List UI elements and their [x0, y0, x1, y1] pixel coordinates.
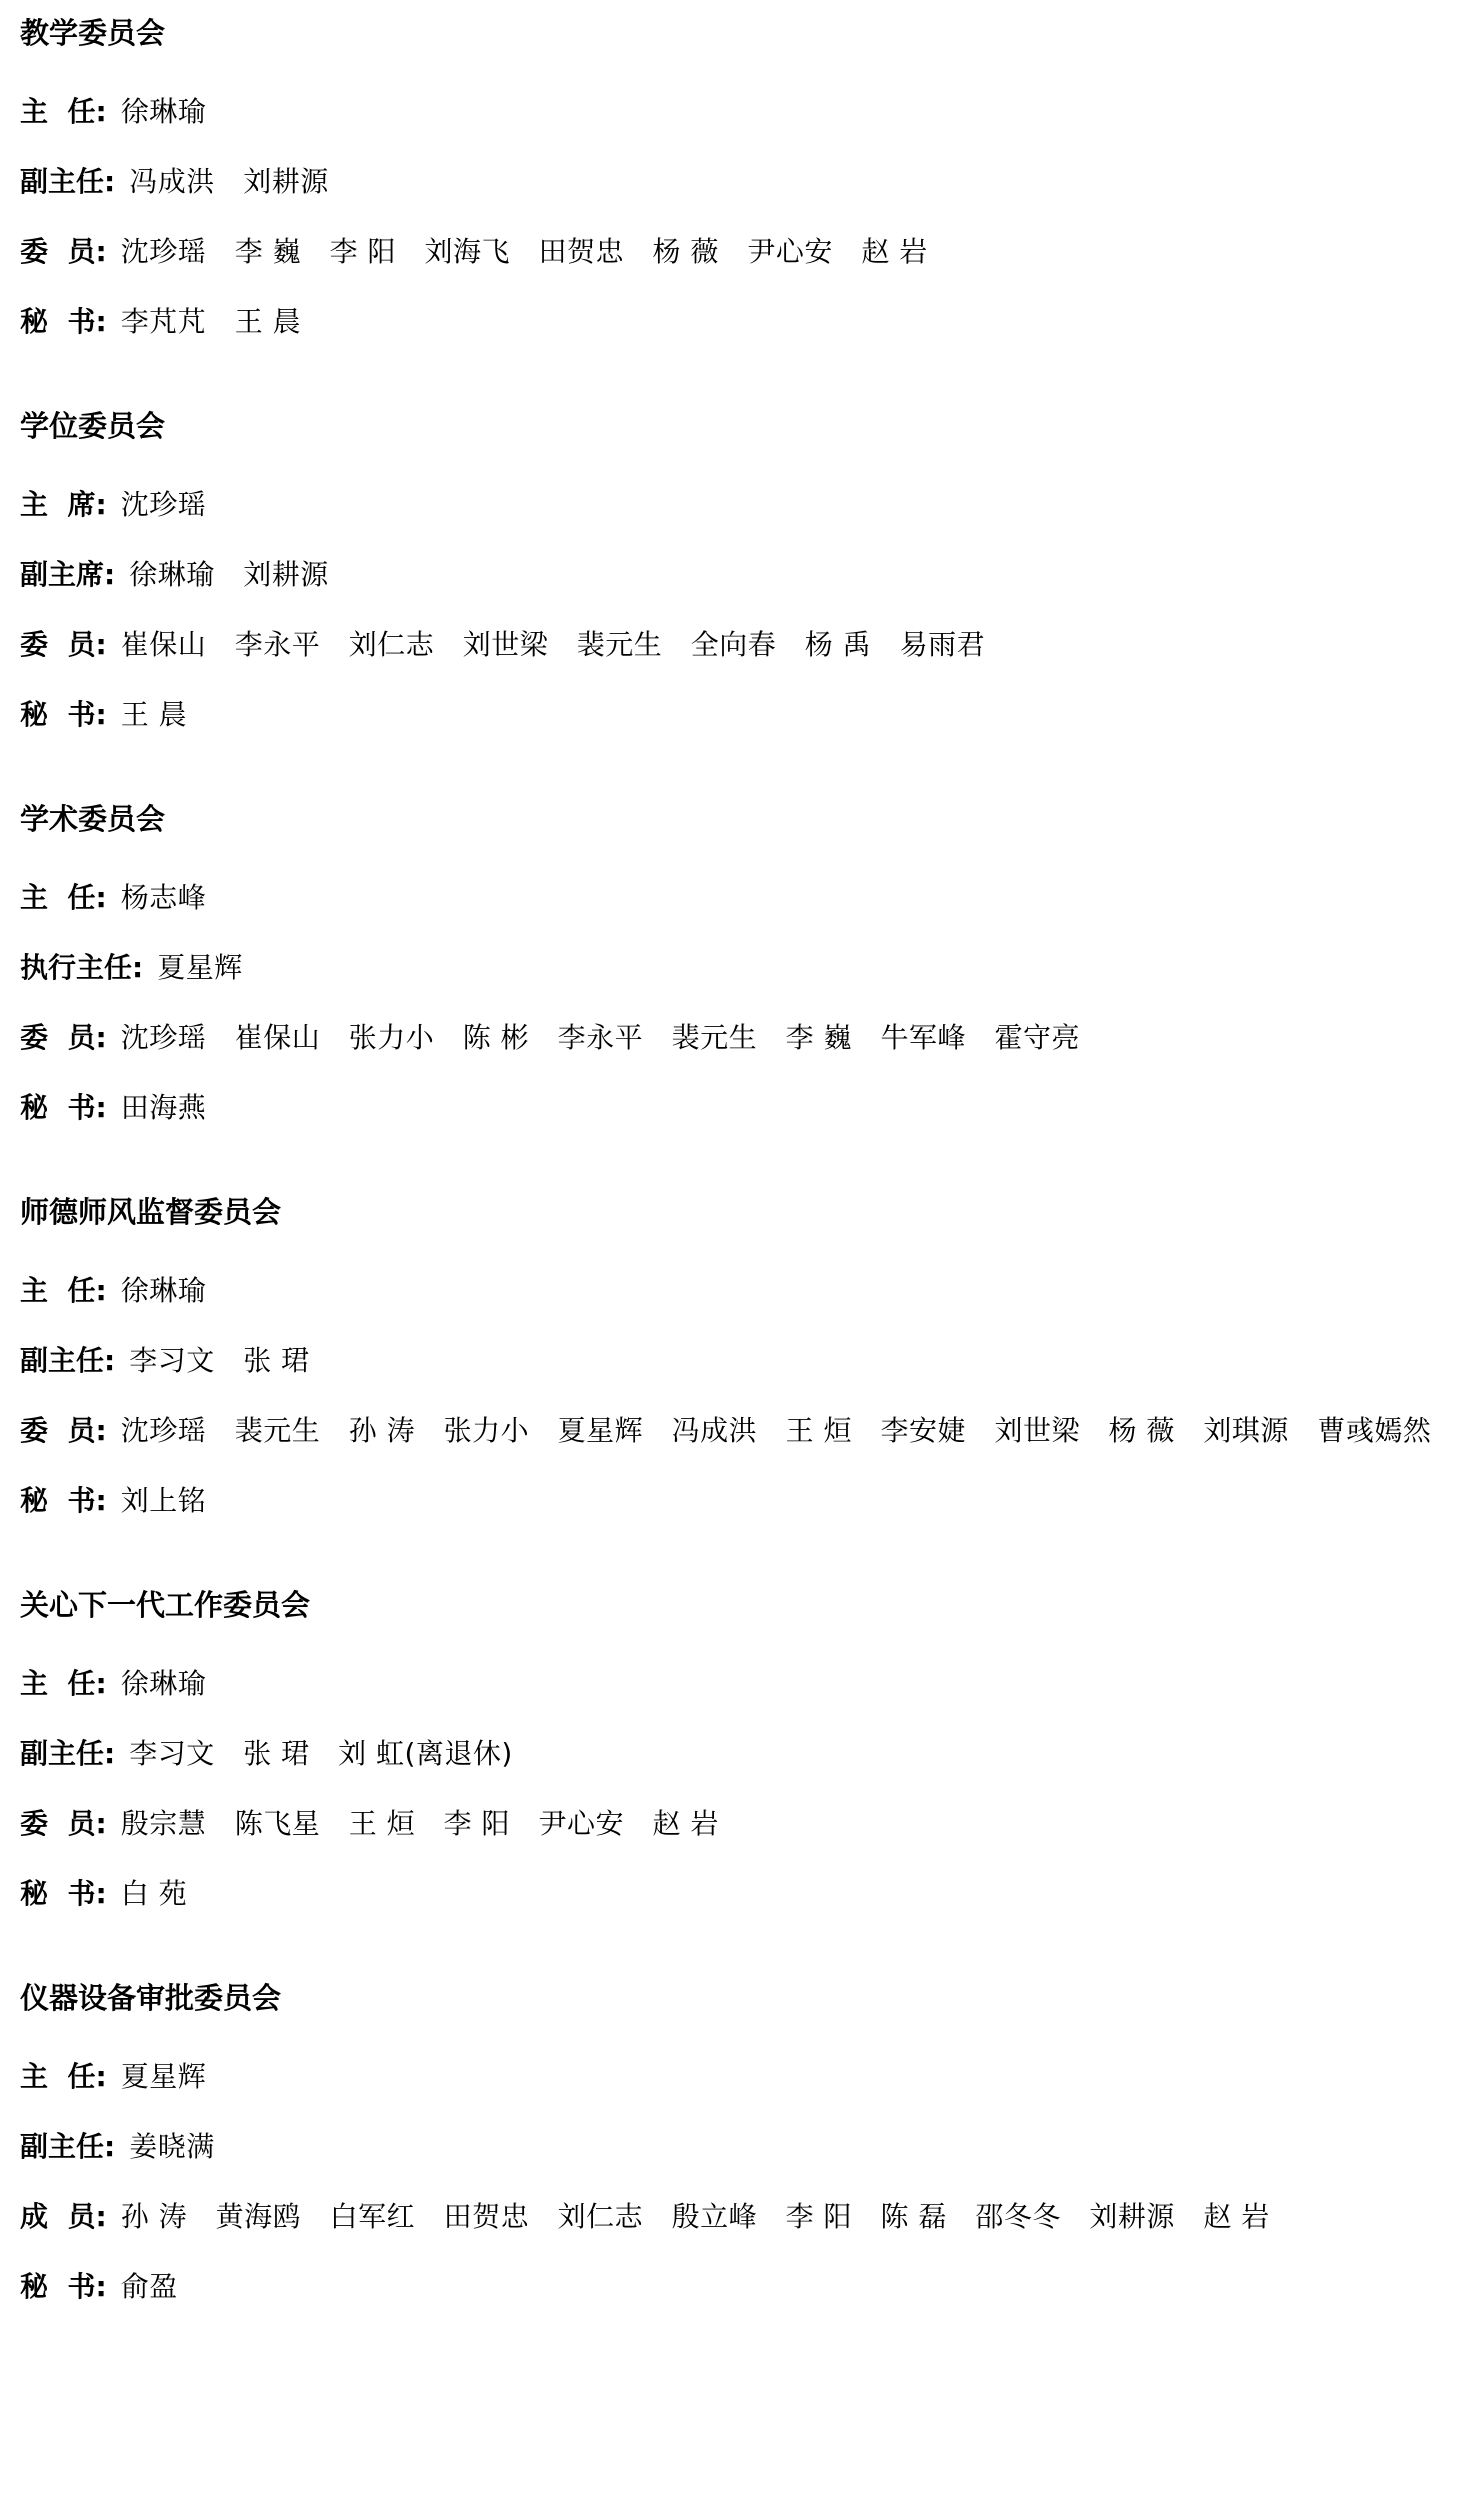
committee-title: 学术委员会	[20, 802, 1443, 836]
member-row: 副主任:姜晓满	[20, 2130, 1443, 2164]
row-label: 秘 书:	[20, 1877, 107, 1910]
row-label: 副主任:	[20, 1344, 115, 1377]
member-row: 副主任:李习文 张 珺 刘 虹(离退休)	[20, 1737, 1443, 1771]
member-row: 主 任:徐琳瑜	[20, 1274, 1443, 1308]
row-label: 主 任:	[20, 95, 107, 128]
row-label: 执行主任:	[20, 951, 143, 984]
row-label: 主 任:	[20, 1274, 107, 1307]
row-label: 秘 书:	[20, 305, 107, 338]
row-names: 白 苑	[121, 1877, 187, 1910]
committee-section: 学术委员会主 任:杨志峰执行主任:夏星辉委 员:沈珍瑶 崔保山 张力小 陈 彬 …	[20, 802, 1443, 1125]
row-names: 杨志峰	[121, 881, 207, 914]
row-label: 副主任:	[20, 165, 115, 198]
row-names: 王 晨	[121, 698, 187, 731]
row-names: 沈珍瑶	[121, 488, 207, 521]
member-row: 主 任:杨志峰	[20, 881, 1443, 915]
row-names: 徐琳瑜	[121, 1667, 207, 1700]
member-row: 委 员:殷宗慧 陈飞星 王 烜 李 阳 尹心安 赵 岩	[20, 1807, 1443, 1841]
row-label: 秘 书:	[20, 1091, 107, 1124]
row-names: 田海燕	[121, 1091, 207, 1124]
row-label: 委 员:	[20, 628, 107, 661]
row-names: 徐琳瑜	[121, 1274, 207, 1307]
row-names: 沈珍瑶 裴元生 孙 涛 张力小 夏星辉 冯成洪 王 烜 李安婕 刘世梁 杨 薇 …	[121, 1414, 1432, 1447]
row-names: 徐琳瑜 刘耕源	[129, 558, 329, 591]
committee-title: 师德师风监督委员会	[20, 1195, 1443, 1229]
row-names: 姜晓满	[129, 2130, 215, 2163]
committee-title: 关心下一代工作委员会	[20, 1588, 1443, 1622]
row-names: 徐琳瑜	[121, 95, 207, 128]
member-row: 副主任:冯成洪 刘耕源	[20, 165, 1443, 199]
committee-section: 教学委员会主 任:徐琳瑜副主任:冯成洪 刘耕源委 员:沈珍瑶 李 巍 李 阳 刘…	[20, 16, 1443, 339]
row-label: 主 任:	[20, 881, 107, 914]
row-label: 主 席:	[20, 488, 107, 521]
member-row: 秘 书:李芃芃 王 晨	[20, 305, 1443, 339]
committee-section: 师德师风监督委员会主 任:徐琳瑜副主任:李习文 张 珺委 员:沈珍瑶 裴元生 孙…	[20, 1195, 1443, 1518]
row-names: 夏星辉	[121, 2060, 207, 2093]
row-label: 委 员:	[20, 1807, 107, 1840]
row-names: 沈珍瑶 李 巍 李 阳 刘海飞 田贺忠 杨 薇 尹心安 赵 岩	[121, 235, 928, 268]
row-names: 崔保山 李永平 刘仁志 刘世梁 裴元生 全向春 杨 禹 易雨君	[121, 628, 985, 661]
member-row: 秘 书:田海燕	[20, 1091, 1443, 1125]
committee-title: 学位委员会	[20, 409, 1443, 443]
row-label: 主 任:	[20, 2060, 107, 2093]
row-label: 秘 书:	[20, 698, 107, 731]
member-row: 秘 书:俞盈	[20, 2270, 1443, 2304]
row-label: 委 员:	[20, 1021, 107, 1054]
member-row: 委 员:沈珍瑶 李 巍 李 阳 刘海飞 田贺忠 杨 薇 尹心安 赵 岩	[20, 235, 1443, 269]
row-label: 主 任:	[20, 1667, 107, 1700]
committee-document-page: 教学委员会主 任:徐琳瑜副主任:冯成洪 刘耕源委 员:沈珍瑶 李 巍 李 阳 刘…	[0, 0, 1463, 2304]
committee-title: 教学委员会	[20, 16, 1443, 50]
member-row: 委 员:沈珍瑶 裴元生 孙 涛 张力小 夏星辉 冯成洪 王 烜 李安婕 刘世梁 …	[20, 1414, 1443, 1448]
member-row: 主 任:徐琳瑜	[20, 95, 1443, 129]
committee-section: 关心下一代工作委员会主 任:徐琳瑜副主任:李习文 张 珺 刘 虹(离退休)委 员…	[20, 1588, 1443, 1911]
row-names: 夏星辉	[157, 951, 243, 984]
row-names: 沈珍瑶 崔保山 张力小 陈 彬 李永平 裴元生 李 巍 牛军峰 霍守亮	[121, 1021, 1080, 1054]
sections-container: 教学委员会主 任:徐琳瑜副主任:冯成洪 刘耕源委 员:沈珍瑶 李 巍 李 阳 刘…	[20, 16, 1443, 2304]
row-names: 李习文 张 珺	[129, 1344, 309, 1377]
member-row: 副主席:徐琳瑜 刘耕源	[20, 558, 1443, 592]
committee-section: 仪器设备审批委员会主 任:夏星辉副主任:姜晓满成 员:孙 涛 黄海鸥 白军红 田…	[20, 1981, 1443, 2304]
row-label: 副主席:	[20, 558, 115, 591]
row-label: 副主任:	[20, 2130, 115, 2163]
member-row: 副主任:李习文 张 珺	[20, 1344, 1443, 1378]
row-names: 冯成洪 刘耕源	[129, 165, 329, 198]
member-row: 执行主任:夏星辉	[20, 951, 1443, 985]
row-label: 副主任:	[20, 1737, 115, 1770]
member-row: 秘 书:刘上铭	[20, 1484, 1443, 1518]
member-row: 主 任:夏星辉	[20, 2060, 1443, 2094]
row-names: 刘上铭	[121, 1484, 207, 1517]
member-row: 主 席:沈珍瑶	[20, 488, 1443, 522]
member-row: 委 员:崔保山 李永平 刘仁志 刘世梁 裴元生 全向春 杨 禹 易雨君	[20, 628, 1443, 662]
member-row: 成 员:孙 涛 黄海鸥 白军红 田贺忠 刘仁志 殷立峰 李 阳 陈 磊 邵冬冬 …	[20, 2200, 1443, 2234]
row-label: 秘 书:	[20, 2270, 107, 2303]
row-names: 李习文 张 珺 刘 虹(离退休)	[129, 1737, 513, 1770]
member-row: 秘 书:王 晨	[20, 698, 1443, 732]
row-names: 李芃芃 王 晨	[121, 305, 301, 338]
row-label: 委 员:	[20, 235, 107, 268]
member-row: 主 任:徐琳瑜	[20, 1667, 1443, 1701]
row-label: 委 员:	[20, 1414, 107, 1447]
committee-section: 学位委员会主 席:沈珍瑶副主席:徐琳瑜 刘耕源委 员:崔保山 李永平 刘仁志 刘…	[20, 409, 1443, 732]
member-row: 委 员:沈珍瑶 崔保山 张力小 陈 彬 李永平 裴元生 李 巍 牛军峰 霍守亮	[20, 1021, 1443, 1055]
row-label: 秘 书:	[20, 1484, 107, 1517]
row-names: 俞盈	[121, 2270, 178, 2303]
row-label: 成 员:	[20, 2200, 107, 2233]
member-row: 秘 书:白 苑	[20, 1877, 1443, 1911]
row-names: 孙 涛 黄海鸥 白军红 田贺忠 刘仁志 殷立峰 李 阳 陈 磊 邵冬冬 刘耕源 …	[121, 2200, 1270, 2233]
row-names: 殷宗慧 陈飞星 王 烜 李 阳 尹心安 赵 岩	[121, 1807, 719, 1840]
committee-title: 仪器设备审批委员会	[20, 1981, 1443, 2015]
